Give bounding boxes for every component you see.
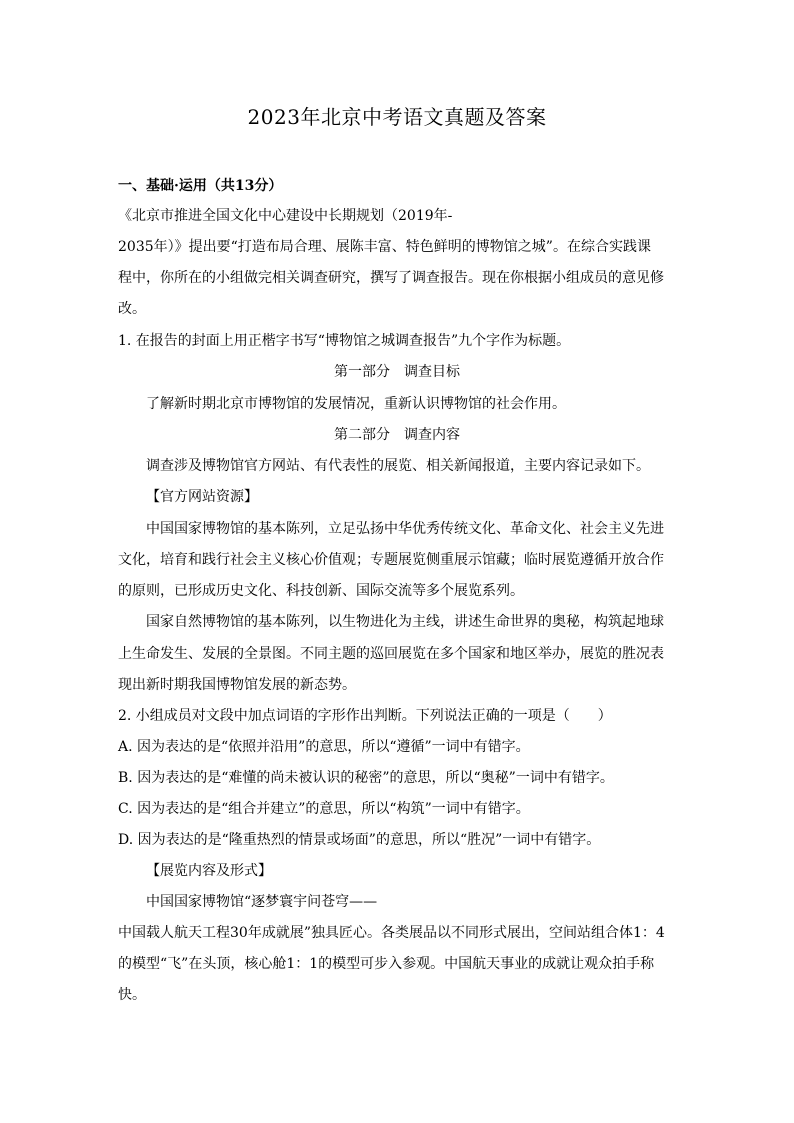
question-1: 1. 在报告的封面上用正楷字书写“博物馆之城调查报告”九个字作为标题。 [118, 331, 678, 351]
paragraph-line: 现出新时期我国博物馆发展的新态势。 [118, 675, 678, 695]
question-2-option-d: D. 因为表达的是“隆重热烈的情景或场面”的意思，所以“胜况”一词中有错字。 [118, 830, 678, 850]
paragraph-line: 国家自然博物馆的基本陈列，以生物进化为主线，讲述生命世界的奥秘，构筑起地球 [146, 612, 706, 632]
paragraph-line: 的模型“飞”在头顶，核心舱1：1的模型可步入参观。中国航天事业的成就让观众拍手称 [118, 954, 678, 974]
intro-line: 2035年）》提出要“打造布局合理、展陈丰富、特色鲜明的博物馆之城”。在综合实践… [118, 237, 678, 257]
part-2-text: 调查涉及博物馆官方网站、有代表性的展览、相关新闻报道，主要内容记录如下。 [146, 456, 706, 476]
section-heading: 一、基础·运用（共13分） [118, 176, 678, 196]
intro-line: 《北京市推进全国文化中心建设中长期规划（2019年- [118, 206, 678, 226]
exhibition-heading: 【展览内容及形式】 [146, 861, 706, 881]
part-1-heading: 第一部分 调查目标 [0, 362, 794, 382]
question-2-option-a: A. 因为表达的是“依照并沿用”的意思，所以“遵循”一词中有错字。 [118, 737, 678, 757]
document-page: 2023年北京中考语文真题及答案 一、基础·运用（共13分） 《北京市推进全国文… [0, 0, 794, 1123]
paragraph-line: 文化，培育和践行社会主义核心价值观；专题展览侧重展示馆藏；临时展览遵循开放合作 [118, 550, 678, 570]
paragraph-line: 快。 [118, 985, 678, 1005]
question-2-option-b: B. 因为表达的是“难懂的尚未被认识的秘密”的意思，所以“奥秘”一词中有错字。 [118, 768, 678, 788]
intro-line: 改。 [118, 299, 678, 319]
paragraph-line: 中国国家博物馆的基本陈列，立足弘扬中华优秀传统文化、革命文化、社会主义先进 [146, 519, 706, 539]
part-1-text: 了解新时期北京市博物馆的发展情况，重新认识博物馆的社会作用。 [146, 394, 706, 414]
question-2-stem: 2. 小组成员对文段中加点词语的字形作出判断。下列说法正确的一项是（ ） [118, 706, 678, 726]
question-2-option-c: C. 因为表达的是“组合并建立”的意思，所以“构筑”一词中有错字。 [118, 799, 678, 819]
paragraph-line: 中国国家博物馆“逐梦寰宇问苍穹—— [146, 892, 706, 912]
paragraph-line: 的原则，已形成历史文化、科技创新、国际交流等多个展览系列。 [118, 581, 678, 601]
official-site-heading: 【官方网站资源】 [146, 487, 706, 507]
part-2-heading: 第二部分 调查内容 [0, 425, 794, 445]
paragraph-line: 上生命发生、发展的全景图。不同主题的巡回展览在多个国家和地区举办，展览的胜况表 [118, 644, 678, 664]
document-title: 2023年北京中考语文真题及答案 [0, 103, 794, 131]
intro-line: 程中，你所在的小组做完相关调查研究，撰写了调查报告。现在你根据小组成员的意见修 [118, 268, 678, 288]
paragraph-line: 中国载人航天工程30年成就展”独具匠心。各类展品以不同形式展出，空间站组合体1：… [118, 923, 678, 943]
